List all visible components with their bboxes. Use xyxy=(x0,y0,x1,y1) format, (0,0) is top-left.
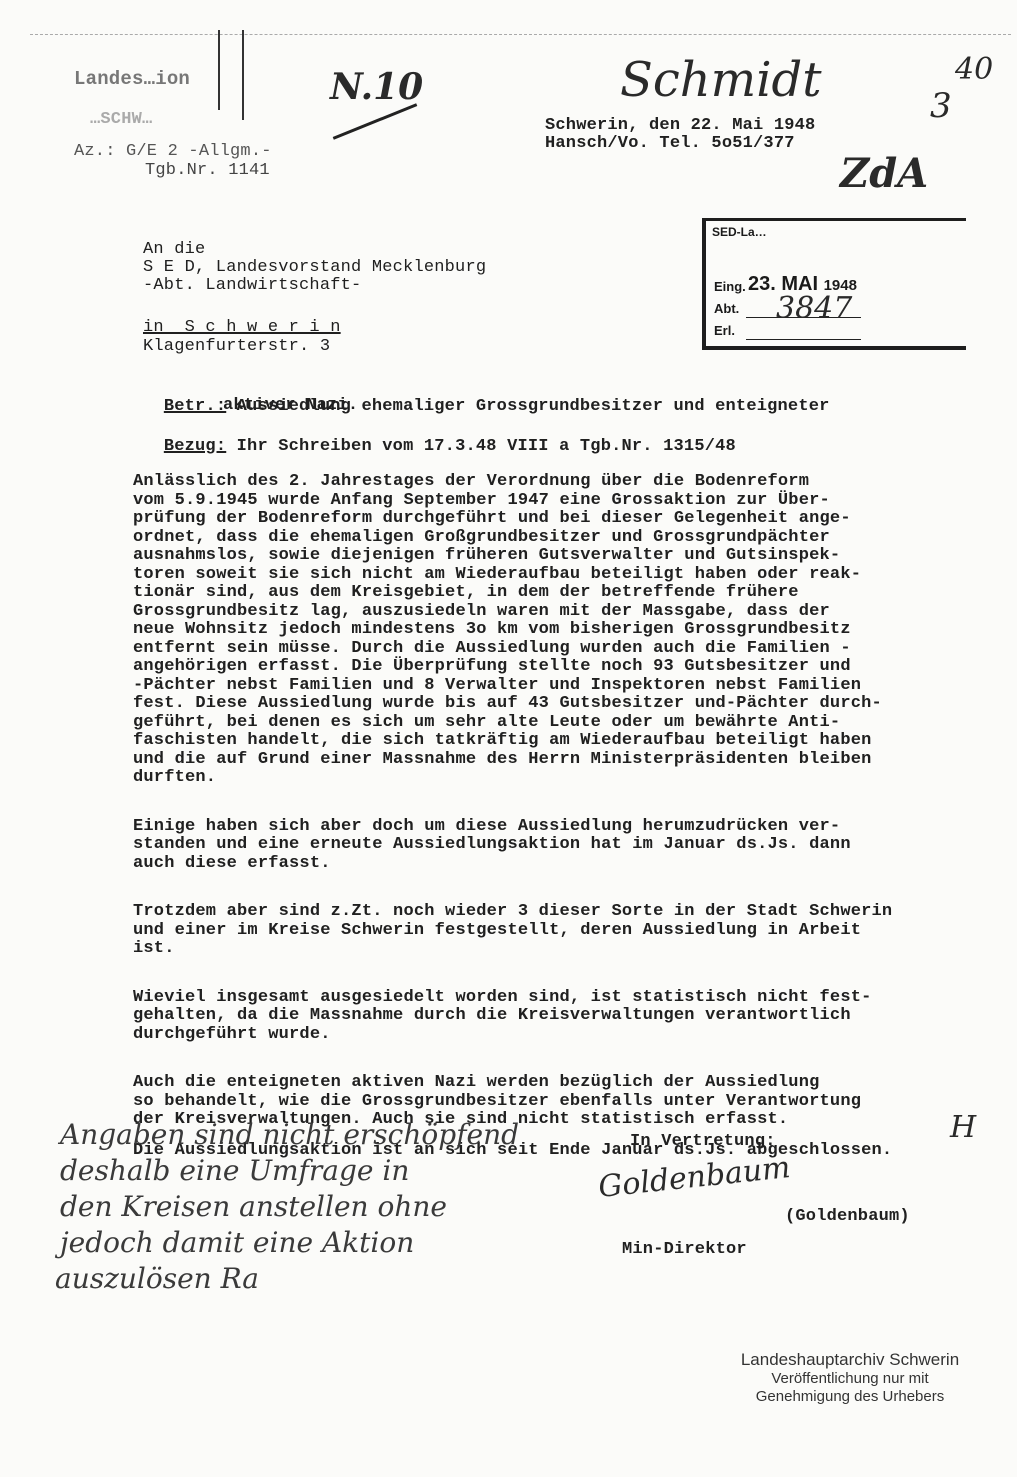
page-number-sup: 40 xyxy=(955,52,993,87)
stamp-erl-label: Erl. xyxy=(714,323,735,338)
body-line: durchgeführt wurde. xyxy=(133,1025,331,1044)
handwritten-note-line: jedoch damit eine Aktion xyxy=(60,1226,414,1259)
body-line: auch diese erfasst. xyxy=(133,854,331,873)
body-line: Trotzdem aber sind z.Zt. noch wieder 3 d… xyxy=(133,902,892,921)
betr-label: Betr.: xyxy=(164,397,226,416)
name-annotation: Schmidt xyxy=(620,52,822,108)
body-line: und die auf Grund einer Massnahme des He… xyxy=(133,750,872,769)
body-line: standen und eine erneute Aussiedlungsakt… xyxy=(133,835,851,854)
stamp-abt-value: 3847 xyxy=(776,291,852,326)
body-line: Auch die enteigneten aktiven Nazi werden… xyxy=(133,1073,820,1092)
bezug-text: Ihr Schreiben vom 17.3.48 VIII a Tgb.Nr.… xyxy=(237,437,736,456)
archive-line2: Veröffentlichung nur mit xyxy=(700,1370,1000,1388)
body-line: Anlässlich des 2. Jahrestages der Verord… xyxy=(133,472,809,491)
archive-line3: Genehmigung des Urhebers xyxy=(700,1388,1000,1406)
body-line: toren soweit sie sich nicht am Wiederauf… xyxy=(133,565,861,584)
stamp-erl-line xyxy=(746,339,861,340)
letterhead-line2: …SCHW… xyxy=(90,110,152,129)
receipt-stamp: SED-La… Eing. 23. MAI 1948 Abt. 3847 Erl… xyxy=(702,218,966,350)
initial-annotation: H xyxy=(950,1110,976,1145)
letterhead-line1: Landes…ion xyxy=(74,70,190,89)
body-line: angehörigen erfasst. Die Überprüfung ste… xyxy=(133,657,851,676)
body-line: prüfung der Bodenreform durchgeführt und… xyxy=(133,509,851,528)
recipient-street: Klagenfurterstr. 3 xyxy=(143,337,330,356)
ref-az: Az.: G/E 2 -Allgm.- xyxy=(74,142,272,161)
handwritten-note-line: den Kreisen anstellen ohne xyxy=(60,1190,447,1223)
punch-mark xyxy=(242,30,244,120)
body-line: ordnet, dass die ehemaligen Großgrundbes… xyxy=(133,528,830,547)
handwritten-note-line: Angaben sind nicht erschöpfend xyxy=(60,1118,519,1151)
body-line: gehalten, da die Massnahme durch die Kre… xyxy=(133,1006,851,1025)
bezug-label: Bezug: xyxy=(164,437,226,456)
body-line: faschisten handelt, die sich tatkräftig … xyxy=(133,731,872,750)
body-line: und einer im Kreise Schwerin festgestell… xyxy=(133,921,861,940)
in-vertretung: In Vertretung: xyxy=(630,1132,776,1151)
signatory-title: Min-Direktor xyxy=(622,1240,747,1259)
body-line: Wieviel insgesamt ausgesiedelt worden si… xyxy=(133,988,872,1007)
body-line: geführt, bei denen es sich um sehr alte … xyxy=(133,713,840,732)
stamp-eing-label: Eing. xyxy=(714,279,746,294)
body-line: durften. xyxy=(133,768,216,787)
archive-stamp: Landeshauptarchiv Schwerin Veröffentlich… xyxy=(700,1350,1000,1406)
body-line: entfernt sein müsse. Durch die Aussiedlu… xyxy=(133,639,851,658)
signatory-name: (Goldenbaum) xyxy=(785,1207,910,1226)
underline-stroke xyxy=(333,103,418,139)
punch-mark xyxy=(218,30,220,110)
archive-line1: Landeshauptarchiv Schwerin xyxy=(700,1350,1000,1370)
betr-line2: aktiver Nazi. xyxy=(223,396,358,415)
ref-tgb: Tgb.Nr. 1141 xyxy=(145,161,270,180)
place-date: Schwerin, den 22. Mai 1948 xyxy=(545,116,815,135)
recipient-line3: -Abt. Landwirtschaft- xyxy=(143,276,361,295)
body-line: -Pächter nebst Familien und 8 Verwalter … xyxy=(133,676,861,695)
body-line: Grossgrundbesitz lag, auszusiedeln waren… xyxy=(133,602,830,621)
scan-edge-line xyxy=(30,34,1011,35)
stamp-header: SED-La… xyxy=(712,225,767,239)
body-line: neue Wohnsitz jedoch mindestens 3o km vo… xyxy=(133,620,851,639)
handwritten-note-line: auszulösen Ra xyxy=(55,1262,259,1295)
body-line: ausnahmslos, sowie diejenigen früheren G… xyxy=(133,546,840,565)
zda-annotation: ZdA xyxy=(840,150,928,197)
body-line: ist. xyxy=(133,939,175,958)
body-line: Einige haben sich aber doch um diese Aus… xyxy=(133,817,840,836)
bezug-block: Bezug: Ihr Schreiben vom 17.3.48 VIII a … xyxy=(143,418,736,456)
page-number: 3 xyxy=(930,86,952,126)
stamp-abt-label: Abt. xyxy=(714,301,739,316)
recipient-line1: An die xyxy=(143,240,205,259)
body-line: so behandelt, wie die Grossgrundbesitzer… xyxy=(133,1092,861,1111)
body-line: fest. Diese Aussiedlung wurde bis auf 43… xyxy=(133,694,882,713)
recipient-city: in S c h w e r i n xyxy=(143,318,341,337)
body-line: tionär sind, aus dem Kreisgebiet, in dem… xyxy=(133,583,799,602)
number-annotation: N.10 xyxy=(330,66,423,108)
sender-reference: Hansch/Vo. Tel. 5o51/377 xyxy=(545,134,795,153)
handwritten-note-line: deshalb eine Umfrage in xyxy=(60,1154,409,1187)
body-line: vom 5.9.1945 wurde Anfang September 1947… xyxy=(133,491,830,510)
recipient-line2: S E D, Landesvorstand Mecklenburg xyxy=(143,258,486,277)
